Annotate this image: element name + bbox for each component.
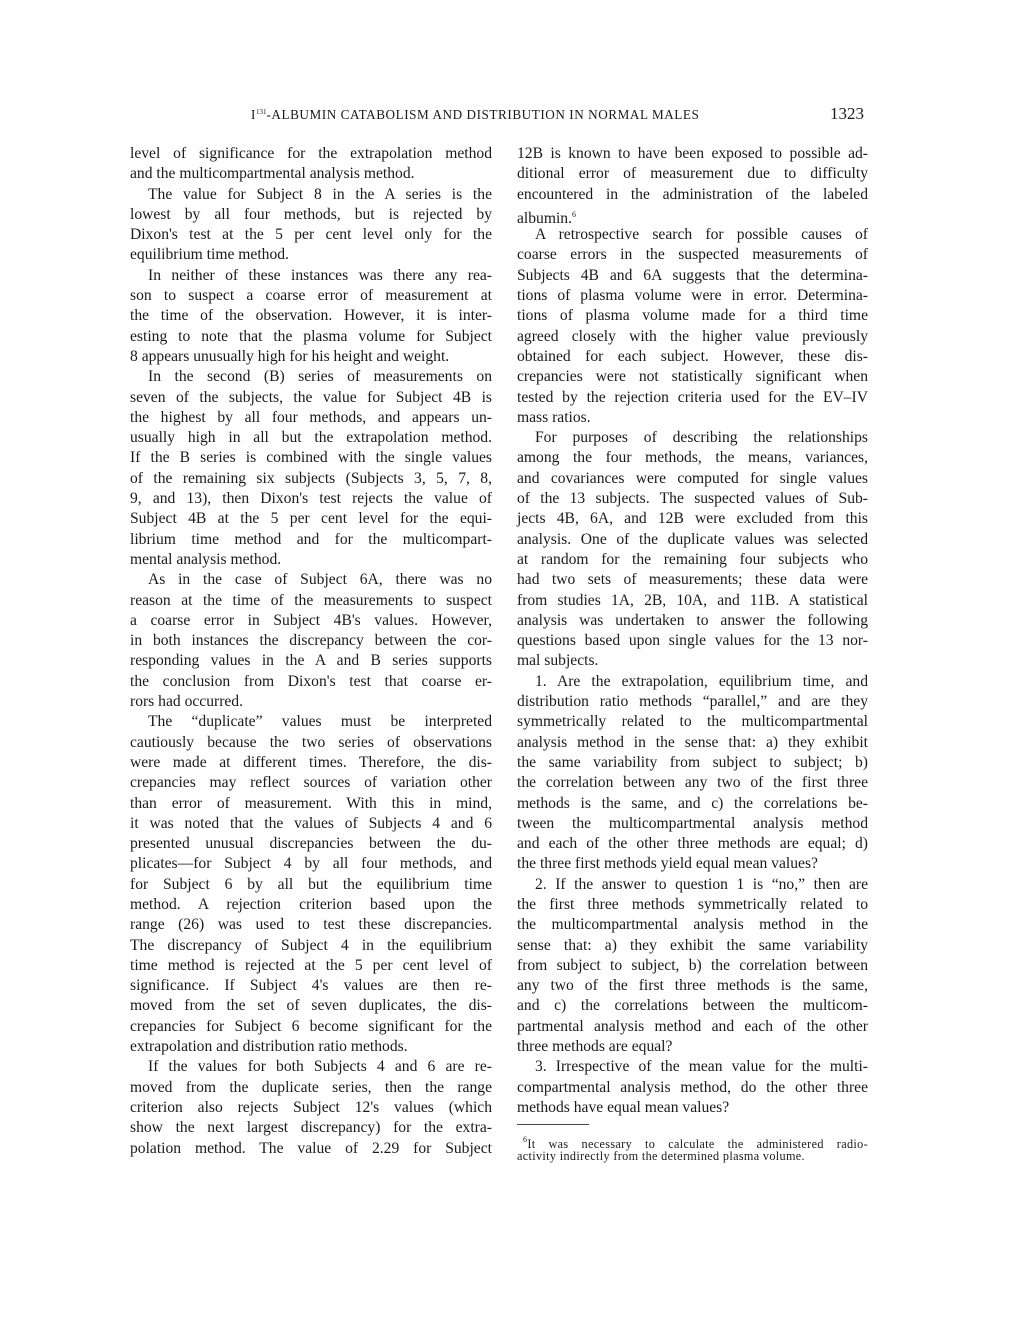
text-line: extrapolation and distribution ratio met… bbox=[130, 1037, 492, 1057]
text-line: cautiously because the two series of obs… bbox=[130, 733, 492, 753]
text-line: analysis method in the sense that: a) th… bbox=[517, 733, 868, 753]
text-line-content: If the B series is combined with the sin… bbox=[130, 449, 492, 466]
text-line: in both instances the discrepancy betwee… bbox=[130, 631, 492, 651]
text-line-content: analysis. One of the duplicate values wa… bbox=[517, 531, 868, 548]
text-line: For purposes of describing the relations… bbox=[517, 428, 868, 448]
text-line: 8 appears unusually high for his height … bbox=[130, 347, 492, 367]
text-line: agreed closely with the higher value pre… bbox=[517, 327, 868, 347]
text-line: If the B series is combined with the sin… bbox=[130, 448, 492, 468]
text-line-content: symmetrically related to the multicompar… bbox=[517, 713, 868, 730]
text-line-content: cautiously because the two series of obs… bbox=[130, 734, 492, 751]
text-line-content: The discrepancy of Subject 4 in the equi… bbox=[130, 937, 492, 954]
text-line: tested by the rejection criteria used fo… bbox=[517, 388, 868, 408]
text-line: a coarse error in Subject 4B's values. H… bbox=[130, 611, 492, 631]
text-line: sense that: a) they exhibit the same var… bbox=[517, 936, 868, 956]
text-line: moved from the set of seven duplicates, … bbox=[130, 996, 492, 1016]
text-line-content: For purposes of describing the relations… bbox=[535, 429, 868, 446]
text-line: the correlation between any two of the f… bbox=[517, 773, 868, 793]
left-column: level of significance for the extrapolat… bbox=[130, 144, 492, 1159]
text-line: Subject 4B at the 5 per cent level for t… bbox=[130, 509, 492, 529]
text-line-content: presented unusual discrepancies between … bbox=[130, 835, 492, 852]
text-line-content: usually high in all but the extrapolatio… bbox=[130, 429, 492, 446]
text-line-content: jects 4B, 6A, and 12B were excluded from… bbox=[517, 510, 868, 527]
text-line-content: 9, and 13), then Dixon's test rejects th… bbox=[130, 490, 492, 507]
text-line: and c) the correlations between the mult… bbox=[517, 996, 868, 1016]
text-line-content: 8 appears unusually high for his height … bbox=[130, 348, 449, 365]
text-line-content: the same variability from subject to sub… bbox=[517, 754, 868, 771]
text-line-content: equilibrium time method. bbox=[130, 246, 289, 263]
text-line: seven of the subjects, the value for Sub… bbox=[130, 388, 492, 408]
text-line-content: moved from the set of seven duplicates, … bbox=[130, 997, 492, 1014]
text-line-content: show the next largest discrepancy) for t… bbox=[130, 1119, 492, 1136]
text-line: time method is rejected at the 5 per cen… bbox=[130, 956, 492, 976]
text-line: it was noted that the values of Subjects… bbox=[130, 814, 492, 834]
text-line-content: extrapolation and distribution ratio met… bbox=[130, 1038, 408, 1055]
running-title-text: -ALBUMIN CATABOLISM AND DISTRIBUTION IN … bbox=[266, 107, 699, 122]
text-line-content: Dixon's test at the 5 per cent level onl… bbox=[130, 226, 492, 243]
text-line-content: If the values for both Subjects 4 and 6 … bbox=[148, 1058, 492, 1075]
text-line-content: son to suspect a coarse error of measure… bbox=[130, 287, 492, 304]
text-line-content: Subjects 4B and 6A suggests that the det… bbox=[517, 267, 868, 284]
text-line-content: As in the case of Subject 6A, there was … bbox=[148, 571, 492, 588]
text-line: the same variability from subject to sub… bbox=[517, 753, 868, 773]
text-line-content: questions based upon single values for t… bbox=[517, 632, 868, 649]
text-line: the conclusion from Dixon's test that co… bbox=[130, 672, 492, 692]
text-line-content: the conclusion from Dixon's test that co… bbox=[130, 673, 492, 690]
text-line-content: A retrospective search for possible caus… bbox=[535, 226, 868, 243]
text-line: crepancies for Subject 6 become signific… bbox=[130, 1017, 492, 1037]
text-line-content: 2. If the answer to question 1 is “no,” … bbox=[535, 876, 868, 893]
text-line-content: reason at the time of the measurements t… bbox=[130, 592, 492, 609]
text-line: level of significance for the extrapolat… bbox=[130, 144, 492, 164]
text-line: coarse errors in the suspected measureme… bbox=[517, 245, 868, 265]
text-line: polation method. The value of 2.29 for S… bbox=[130, 1139, 492, 1159]
text-line-content: rors had occurred. bbox=[130, 693, 243, 710]
text-line-content: responding values in the A and B series … bbox=[130, 652, 492, 669]
text-line: criterion also rejects Subject 12's valu… bbox=[130, 1098, 492, 1118]
text-line-content: and c) the correlations between the mult… bbox=[517, 997, 868, 1014]
text-line: and each of the other three methods are … bbox=[517, 834, 868, 854]
text-line-content: tions of plasma volume made for a third … bbox=[517, 307, 868, 324]
text-line-content: the multicompartmental analysis method i… bbox=[517, 916, 868, 933]
text-line: As in the case of Subject 6A, there was … bbox=[130, 570, 492, 590]
text-line-content: analysis was undertaken to answer the fo… bbox=[517, 612, 868, 629]
text-line: tions of plasma volume were in error. De… bbox=[517, 286, 868, 306]
text-line-content: plicates—for Subject 4 by all four metho… bbox=[130, 855, 492, 872]
text-line-content: ditional error of measurement due to dif… bbox=[517, 165, 868, 182]
text-line-content: and covariances were computed for single… bbox=[517, 470, 868, 487]
text-line: tions of plasma volume made for a third … bbox=[517, 306, 868, 326]
text-line: the highest by all four methods, and app… bbox=[130, 408, 492, 428]
page-number: 1323 bbox=[830, 104, 864, 124]
running-title: I131-ALBUMIN CATABOLISM AND DISTRIBUTION… bbox=[251, 107, 699, 123]
text-line: three methods are equal? bbox=[517, 1037, 868, 1057]
text-line-content: encountered in the administration of the… bbox=[517, 186, 868, 203]
text-line: analysis was undertaken to answer the fo… bbox=[517, 611, 868, 631]
text-line-content: methods have equal mean values? bbox=[517, 1099, 729, 1116]
text-line-content: at random for the remaining four subject… bbox=[517, 551, 868, 568]
text-line-content: partmental analysis method and each of t… bbox=[517, 1018, 868, 1035]
text-line-content: seven of the subjects, the value for Sub… bbox=[130, 389, 492, 406]
text-line: the three first methods yield equal mean… bbox=[517, 854, 868, 874]
text-line-content: three methods are equal? bbox=[517, 1038, 672, 1055]
text-line-content: tested by the rejection criteria used fo… bbox=[517, 389, 868, 406]
text-line: methods is the same, and c) the correlat… bbox=[517, 794, 868, 814]
text-line: The value for Subject 8 in the A series … bbox=[130, 185, 492, 205]
text-line: crepancies may reflect sources of variat… bbox=[130, 773, 492, 793]
text-line: from studies 1A, 2B, 10A, and 11B. A sta… bbox=[517, 591, 868, 611]
text-line: The “duplicate” values must be interpret… bbox=[130, 712, 492, 732]
text-line-content: In the second (B) series of measurements… bbox=[148, 368, 492, 385]
text-line: lowest by all four methods, but is rejec… bbox=[130, 205, 492, 225]
text-line-content: agreed closely with the higher value pre… bbox=[517, 328, 868, 345]
text-line-content: crepancies for Subject 6 become signific… bbox=[130, 1018, 492, 1035]
text-line-content: 3. Irrespective of the mean value for th… bbox=[535, 1058, 868, 1075]
text-line: Subjects 4B and 6A suggests that the det… bbox=[517, 266, 868, 286]
text-line: among the four methods, the means, varia… bbox=[517, 448, 868, 468]
text-line: partmental analysis method and each of t… bbox=[517, 1017, 868, 1037]
text-line: and the multicompartmental analysis meth… bbox=[130, 164, 492, 184]
text-line-content: the correlation between any two of the f… bbox=[517, 774, 868, 791]
text-line: In the second (B) series of measurements… bbox=[130, 367, 492, 387]
text-line-content: from subject to subject, b) the correlat… bbox=[517, 957, 868, 974]
text-line: A retrospective search for possible caus… bbox=[517, 225, 868, 245]
text-line-content: polation method. The value of 2.29 for S… bbox=[130, 1140, 492, 1157]
text-line: compartmental analysis method, do the ot… bbox=[517, 1078, 868, 1098]
running-header: I131-ALBUMIN CATABOLISM AND DISTRIBUTION… bbox=[0, 107, 1020, 127]
text-line: 9, and 13), then Dixon's test rejects th… bbox=[130, 489, 492, 509]
text-line: than error of measurement. With this in … bbox=[130, 794, 492, 814]
text-line: questions based upon single values for t… bbox=[517, 631, 868, 651]
text-line: of the remaining six subjects (Subjects … bbox=[130, 469, 492, 489]
text-line: ditional error of measurement due to dif… bbox=[517, 164, 868, 184]
isotope-superscript: 131 bbox=[256, 108, 267, 116]
text-line: reason at the time of the measurements t… bbox=[130, 591, 492, 611]
text-line: moved from the duplicate series, then th… bbox=[130, 1078, 492, 1098]
text-line: usually high in all but the extrapolatio… bbox=[130, 428, 492, 448]
text-line-content: mental analysis method. bbox=[130, 551, 281, 568]
text-line-content: crepancies may reflect sources of variat… bbox=[130, 774, 492, 791]
text-line-content: esting to note that the plasma volume fo… bbox=[130, 328, 492, 345]
text-line-content: The “duplicate” values must be interpret… bbox=[148, 713, 492, 730]
text-line: librium time method and for the multicom… bbox=[130, 530, 492, 550]
text-line-content: moved from the duplicate series, then th… bbox=[130, 1079, 492, 1096]
text-line: 1. Are the extrapolation, equilibrium ti… bbox=[517, 672, 868, 692]
text-line: at random for the remaining four subject… bbox=[517, 550, 868, 570]
text-line: for Subject 6 by all but the equilibrium… bbox=[130, 875, 492, 895]
text-line: mal subjects. bbox=[517, 651, 868, 671]
text-line-content: the highest by all four methods, and app… bbox=[130, 409, 492, 426]
text-line: method. A rejection criterion based upon… bbox=[130, 895, 492, 915]
text-line: 2. If the answer to question 1 is “no,” … bbox=[517, 875, 868, 895]
text-line-content: 12B is known to have been exposed to pos… bbox=[517, 145, 868, 162]
text-line: any two of the first three methods is th… bbox=[517, 976, 868, 996]
text-line-content: had two sets of measurements; these data… bbox=[517, 571, 868, 588]
text-line: son to suspect a coarse error of measure… bbox=[130, 286, 492, 306]
text-line-content: tions of plasma volume were in error. De… bbox=[517, 287, 868, 304]
text-line-content: for Subject 6 by all but the equilibrium… bbox=[130, 876, 492, 893]
text-line-content: any two of the first three methods is th… bbox=[517, 977, 868, 994]
footnote-line: 6It was necessary to calculate the admin… bbox=[517, 1131, 868, 1148]
text-line: of the 13 subjects. The suspected values… bbox=[517, 489, 868, 509]
text-line-content: of the remaining six subjects (Subjects … bbox=[130, 470, 492, 487]
text-line-content: and each of the other three methods are … bbox=[517, 835, 868, 852]
text-line: crepancies were not statistically signif… bbox=[517, 367, 868, 387]
text-line-content: sense that: a) they exhibit the same var… bbox=[517, 937, 868, 954]
text-line-content: the time of the observation. However, it… bbox=[130, 307, 492, 324]
text-line-content: crepancies were not statistically signif… bbox=[517, 368, 868, 385]
text-line: responding values in the A and B series … bbox=[130, 651, 492, 671]
text-line: the multicompartmental analysis method i… bbox=[517, 915, 868, 935]
text-line-content: mal subjects. bbox=[517, 652, 598, 669]
text-line-content: mass ratios. bbox=[517, 409, 591, 426]
text-line: albumin.6 bbox=[517, 205, 868, 225]
text-line-content: distribution ratio methods “parallel,” a… bbox=[517, 693, 868, 710]
text-line: 12B is known to have been exposed to pos… bbox=[517, 144, 868, 164]
text-line: If the values for both Subjects 4 and 6 … bbox=[130, 1057, 492, 1077]
text-line-content: coarse errors in the suspected measureme… bbox=[517, 246, 868, 263]
text-line: The discrepancy of Subject 4 in the equi… bbox=[130, 936, 492, 956]
text-line: had two sets of measurements; these data… bbox=[517, 570, 868, 590]
text-line: distribution ratio methods “parallel,” a… bbox=[517, 692, 868, 712]
text-line: tween the multicompartmental analysis me… bbox=[517, 814, 868, 834]
text-line: obtained for each subject. However, thes… bbox=[517, 347, 868, 367]
text-line: rors had occurred. bbox=[130, 692, 492, 712]
text-line-content: analysis method in the sense that: a) th… bbox=[517, 734, 868, 751]
text-line-content: than error of measurement. With this in … bbox=[130, 795, 492, 812]
text-line: the time of the observation. However, it… bbox=[130, 306, 492, 326]
text-line-content: librium time method and for the multicom… bbox=[130, 531, 492, 548]
text-line-content: the three first methods yield equal mean… bbox=[517, 855, 818, 872]
text-line-content: obtained for each subject. However, thes… bbox=[517, 348, 868, 365]
text-line-content: In neither of these instances was there … bbox=[148, 267, 492, 284]
text-line-content: compartmental analysis method, do the ot… bbox=[517, 1079, 868, 1096]
footnote-text: activity indirectly from the determined … bbox=[517, 1149, 805, 1163]
text-line-content: The value for Subject 8 in the A series … bbox=[148, 186, 492, 203]
text-line: symmetrically related to the multicompar… bbox=[517, 712, 868, 732]
text-line: mental analysis method. bbox=[130, 550, 492, 570]
text-line: mass ratios. bbox=[517, 408, 868, 428]
text-line-content: 1. Are the extrapolation, equilibrium ti… bbox=[535, 673, 868, 690]
text-line: were made at different times. Therefore,… bbox=[130, 753, 492, 773]
footnote-divider bbox=[517, 1124, 589, 1125]
text-line: presented unusual discrepancies between … bbox=[130, 834, 492, 854]
text-line: 3. Irrespective of the mean value for th… bbox=[517, 1057, 868, 1077]
footnote-reference: 6 bbox=[572, 210, 576, 219]
text-line-content: and the multicompartmental analysis meth… bbox=[130, 165, 415, 182]
text-line-content: lowest by all four methods, but is rejec… bbox=[130, 206, 492, 223]
text-line: range (26) was used to test these discre… bbox=[130, 915, 492, 935]
text-line: significance. If Subject 4's values are … bbox=[130, 976, 492, 996]
text-line-content: it was noted that the values of Subjects… bbox=[130, 815, 492, 832]
text-line: encountered in the administration of the… bbox=[517, 185, 868, 205]
text-line: equilibrium time method. bbox=[130, 245, 492, 265]
text-line: and covariances were computed for single… bbox=[517, 469, 868, 489]
text-line-content: level of significance for the extrapolat… bbox=[130, 145, 492, 162]
text-line-content: the first three methods symmetrically re… bbox=[517, 896, 868, 913]
text-line: plicates—for Subject 4 by all four metho… bbox=[130, 854, 492, 874]
text-line: esting to note that the plasma volume fo… bbox=[130, 327, 492, 347]
text-line: from subject to subject, b) the correlat… bbox=[517, 956, 868, 976]
text-line-content: time method is rejected at the 5 per cen… bbox=[130, 957, 492, 974]
text-line: Dixon's test at the 5 per cent level onl… bbox=[130, 225, 492, 245]
text-line: In neither of these instances was there … bbox=[130, 266, 492, 286]
text-line: the first three methods symmetrically re… bbox=[517, 895, 868, 915]
text-line-content: criterion also rejects Subject 12's valu… bbox=[130, 1099, 492, 1116]
text-line-content: were made at different times. Therefore,… bbox=[130, 754, 492, 771]
text-line-content: a coarse error in Subject 4B's values. H… bbox=[130, 612, 492, 629]
right-column: 12B is known to have been exposed to pos… bbox=[517, 144, 868, 1165]
text-line: show the next largest discrepancy) for t… bbox=[130, 1118, 492, 1138]
text-line-content: range (26) was used to test these discre… bbox=[130, 916, 492, 933]
text-line-content: tween the multicompartmental analysis me… bbox=[517, 815, 868, 832]
text-line: methods have equal mean values? bbox=[517, 1098, 868, 1118]
text-line-content: Subject 4B at the 5 per cent level for t… bbox=[130, 510, 492, 527]
text-line: jects 4B, 6A, and 12B were excluded from… bbox=[517, 509, 868, 529]
text-line-content: among the four methods, the means, varia… bbox=[517, 449, 868, 466]
text-line-content: methods is the same, and c) the correlat… bbox=[517, 795, 868, 812]
text-line-content: significance. If Subject 4's values are … bbox=[130, 977, 492, 994]
text-line-content: in both instances the discrepancy betwee… bbox=[130, 632, 492, 649]
text-line-content: of the 13 subjects. The suspected values… bbox=[517, 490, 868, 507]
text-line-content: method. A rejection criterion based upon… bbox=[130, 896, 492, 913]
text-line: analysis. One of the duplicate values wa… bbox=[517, 530, 868, 550]
text-line-content: from studies 1A, 2B, 10A, and 11B. A sta… bbox=[517, 592, 868, 609]
